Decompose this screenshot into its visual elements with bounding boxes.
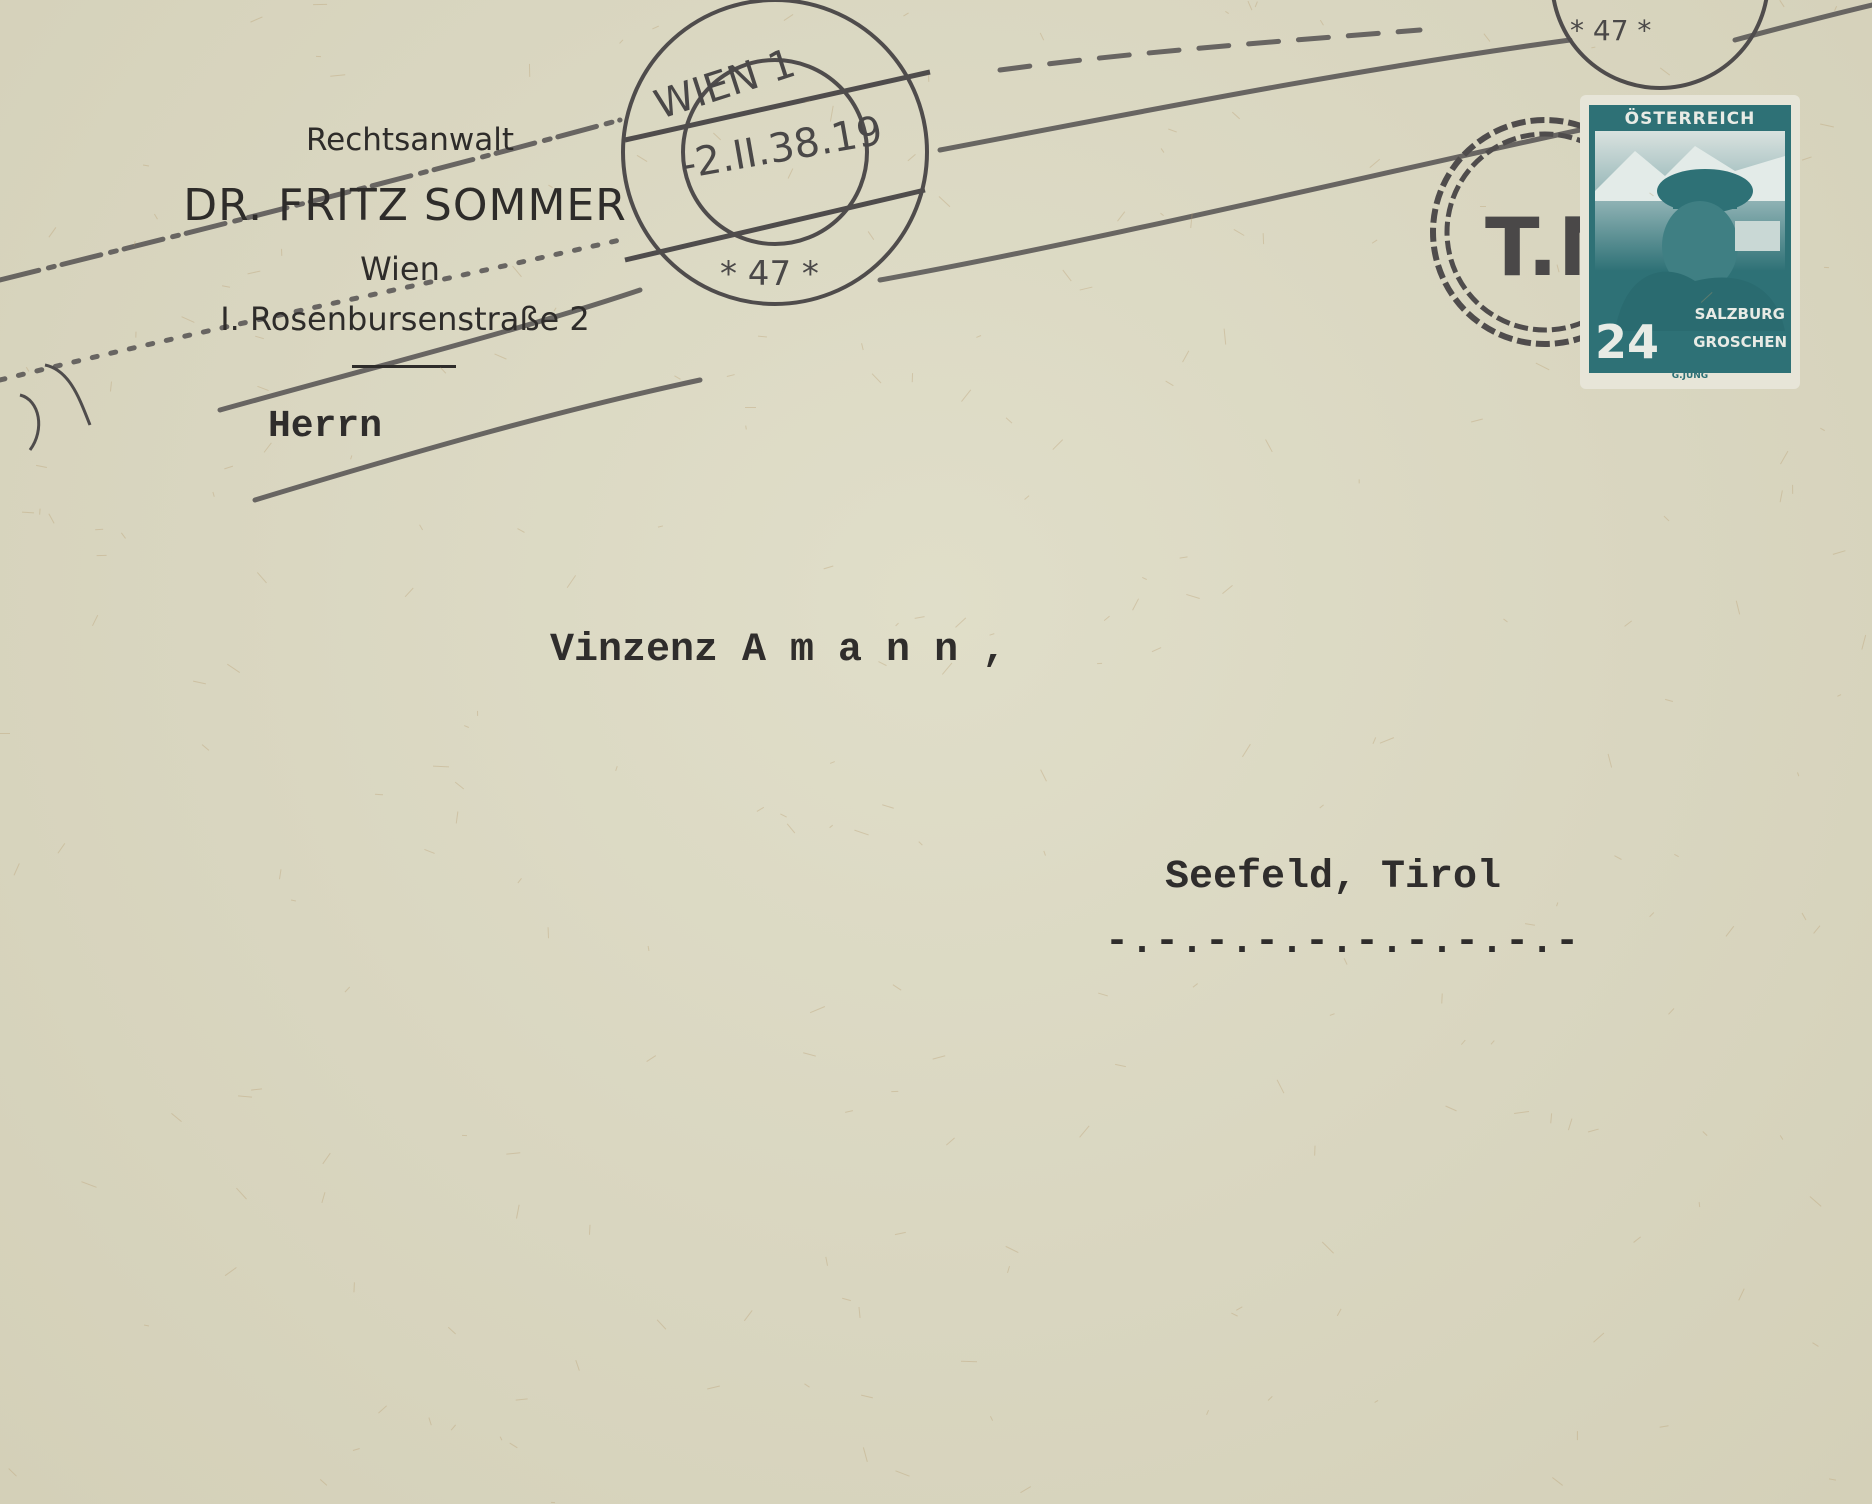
paper-fiber xyxy=(462,1135,467,1136)
stamp-country: ÖSTERREICH xyxy=(1589,109,1791,129)
stamp-region: SALZBURG xyxy=(1695,305,1785,323)
paper-fiber xyxy=(1577,1431,1578,1440)
paper-fiber xyxy=(961,1361,977,1362)
paper-fiber xyxy=(1359,480,1360,484)
paper-fiber xyxy=(375,793,383,795)
paper-fiber xyxy=(911,373,912,382)
stamp-portrait-image xyxy=(1595,131,1785,331)
letterhead-address: I. Rosenbursenstraße 2 xyxy=(160,300,650,338)
recipient-city: Seefeld, Tirol xyxy=(1165,855,1501,900)
envelope: WIEN 1 -2.II.38.19 * 47 * * 47 * T.M Rec… xyxy=(0,0,1872,1504)
salutation: Herrn xyxy=(268,405,382,448)
stamp-currency: GROSCHEN xyxy=(1693,333,1787,351)
postage-stamp: ÖSTERREICH SALZBURG 24 GROSCHEN G.JUNG xyxy=(1582,97,1798,387)
letterhead-title: Rechtsanwalt xyxy=(260,122,560,158)
paper-fiber xyxy=(1698,1202,1700,1207)
svg-text:* 47 *: * 47 * xyxy=(720,254,819,294)
paper-fiber xyxy=(477,711,478,716)
stamp-designer: G.JUNG xyxy=(1582,371,1798,381)
letterhead-city: Wien xyxy=(300,250,500,288)
paper-fiber xyxy=(589,1224,590,1234)
paper-fiber xyxy=(928,75,929,82)
svg-text:* 47 *: * 47 * xyxy=(1570,14,1651,47)
stamp-value: 24 xyxy=(1595,319,1659,365)
paper-fiber xyxy=(281,249,282,256)
paper-fiber xyxy=(1480,206,1486,207)
paper-fiber xyxy=(0,733,10,734)
stamp-design: ÖSTERREICH SALZBURG 24 GROSCHEN xyxy=(1589,105,1791,373)
recipient-name: Vinzenz A m a n n , xyxy=(550,628,1006,673)
paper-fiber xyxy=(39,509,40,515)
paper-fiber xyxy=(547,927,548,938)
letterhead-name: DR. FRITZ SOMMER xyxy=(130,180,680,231)
paper-fiber xyxy=(890,1090,897,1091)
paper-fiber xyxy=(551,1502,555,1503)
paper-fiber xyxy=(1314,1146,1315,1156)
